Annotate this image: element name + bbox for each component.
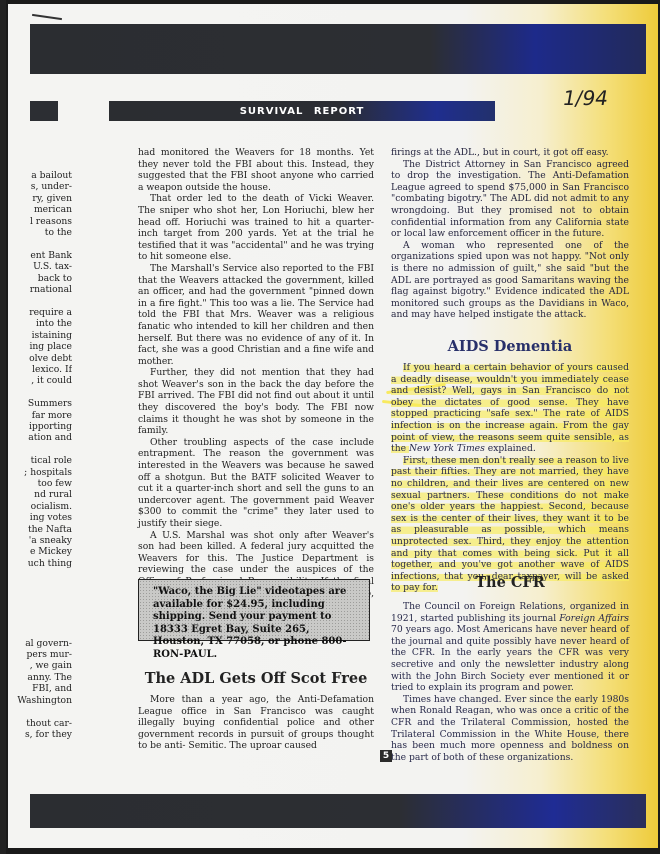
left-fragment-line: anny. The [16, 672, 72, 683]
left-fragment-line: , it could [16, 375, 72, 386]
left-fragment-line: 'a sneaky [16, 535, 72, 546]
left-fragment-line [16, 295, 72, 306]
adl-paragraph: The District Attorney in San Francisco a… [391, 159, 629, 240]
left-fragment-line: FBI, and [16, 683, 72, 694]
videotape-ad-box: "Waco, the Big Lie" videotapes are avail… [138, 579, 370, 641]
scan-edge [0, 0, 6, 854]
left-fragment-line: ation and [16, 432, 72, 443]
left-fragment-line [16, 569, 72, 580]
left-fragment-line: olve debt [16, 353, 72, 364]
cfr-article-body: The Council on Foreign Relations, organi… [391, 601, 629, 763]
left-fragment-line [16, 592, 72, 603]
weaver-paragraph: Further, they did not mention that they … [138, 367, 374, 437]
adl-article-title: The ADL Gets Off Scot Free [138, 670, 374, 687]
weaver-paragraph: That order led to the death of Vicki Wea… [138, 193, 374, 263]
left-fragment-line: a bailout [16, 170, 72, 181]
adl-article-continuation: firings at the ADL., but in court, it go… [391, 147, 629, 321]
page-number: 5 [380, 750, 392, 762]
scanned-page: SURVIVAL REPORT 1/94 a bailouts, under-r… [8, 4, 658, 848]
left-fragment-line [16, 581, 72, 592]
left-fragment-line [16, 444, 72, 455]
aids-paragraph: If you heard a certain behavior of yours… [391, 362, 629, 455]
left-fragment-line: e Mickey [16, 546, 72, 557]
left-fragment-line: U.S. tax- [16, 261, 72, 272]
cfr-paragraph: Times have changed. Ever since the early… [391, 694, 629, 764]
left-fragment-line: rnational [16, 284, 72, 295]
cfr-article-title: The CFR [391, 574, 629, 591]
left-fragment-line: require a [16, 307, 72, 318]
adl-article-intro: More than a year ago, the Anti-Defamatio… [138, 694, 374, 752]
left-fragment-line: into the [16, 318, 72, 329]
aids-paragraph: First, these men don't really see a reas… [391, 455, 629, 594]
left-fragment-line: too few [16, 478, 72, 489]
left-fragment-line [16, 238, 72, 249]
weaver-paragraph: had monitored the Weavers for 18 months.… [138, 147, 374, 193]
left-fragment-line [16, 387, 72, 398]
section-header-band: SURVIVAL REPORT [109, 101, 495, 121]
adl-paragraph: firings at the ADL., but in court, it go… [391, 147, 629, 159]
left-fragment-line: ry, given [16, 193, 72, 204]
left-fragment-line: ; hospitals [16, 467, 72, 478]
weaver-paragraph: Other troubling aspects of the case incl… [138, 437, 374, 530]
header-title: SURVIVAL REPORT [240, 106, 365, 117]
left-fragment-line: far more [16, 410, 72, 421]
weaver-article-body: had monitored the Weavers for 18 months.… [138, 147, 374, 611]
left-fragment-line: Washington [16, 695, 72, 706]
scan-mark [32, 14, 62, 20]
left-cropped-column: a bailouts, under-ry, givenmericanl reas… [16, 170, 72, 740]
left-fragment-line: the Nafta [16, 524, 72, 535]
left-fragment-line [16, 603, 72, 614]
left-fragment-line: tical role [16, 455, 72, 466]
left-fragment-line [16, 626, 72, 637]
left-fragment-line: lexico. If [16, 364, 72, 375]
left-fragment-line: Summers [16, 398, 72, 409]
left-fragment-line: back to [16, 273, 72, 284]
left-fragment-line: uch thing [16, 558, 72, 569]
left-fragment-line: ipporting [16, 421, 72, 432]
aids-article-title: AIDS Dementia [391, 338, 629, 355]
aids-article-body: If you heard a certain behavior of yours… [391, 362, 629, 594]
left-fragment-line: ing place [16, 341, 72, 352]
left-fragment-line: ent Bank [16, 250, 72, 261]
bottom-black-bar [30, 794, 646, 828]
left-fragment-line: s, under- [16, 181, 72, 192]
left-fragment-line: to the [16, 227, 72, 238]
adl-paragraph: More than a year ago, the Anti-Defamatio… [138, 694, 374, 752]
left-fragment-line [16, 615, 72, 626]
left-fragment-line: istaining [16, 330, 72, 341]
weaver-paragraph: The Marshall's Service also reported to … [138, 263, 374, 367]
ad-text: "Waco, the Big Lie" videotapes are avail… [153, 586, 346, 660]
left-fragment-line: ing votes [16, 512, 72, 523]
left-fragment-line: l reasons [16, 216, 72, 227]
left-fragment-line: nd rural [16, 489, 72, 500]
cfr-paragraph: The Council on Foreign Relations, organi… [391, 601, 629, 694]
left-fragment-line: al govern- [16, 638, 72, 649]
handwritten-date-note: 1/94 [561, 86, 610, 110]
left-fragment-line: , we gain [16, 660, 72, 671]
left-fragment-line: pers mur- [16, 649, 72, 660]
left-fragment-line: merican [16, 204, 72, 215]
left-fragment-line [16, 706, 72, 717]
left-fragment-line: s, for they [16, 729, 72, 740]
left-fragment-line: ocialism. [16, 501, 72, 512]
top-black-bar [30, 24, 646, 74]
left-fragment-line: thout car- [16, 718, 72, 729]
adl-paragraph: A woman who represented one of the organ… [391, 240, 629, 321]
header-square-block [30, 101, 58, 121]
